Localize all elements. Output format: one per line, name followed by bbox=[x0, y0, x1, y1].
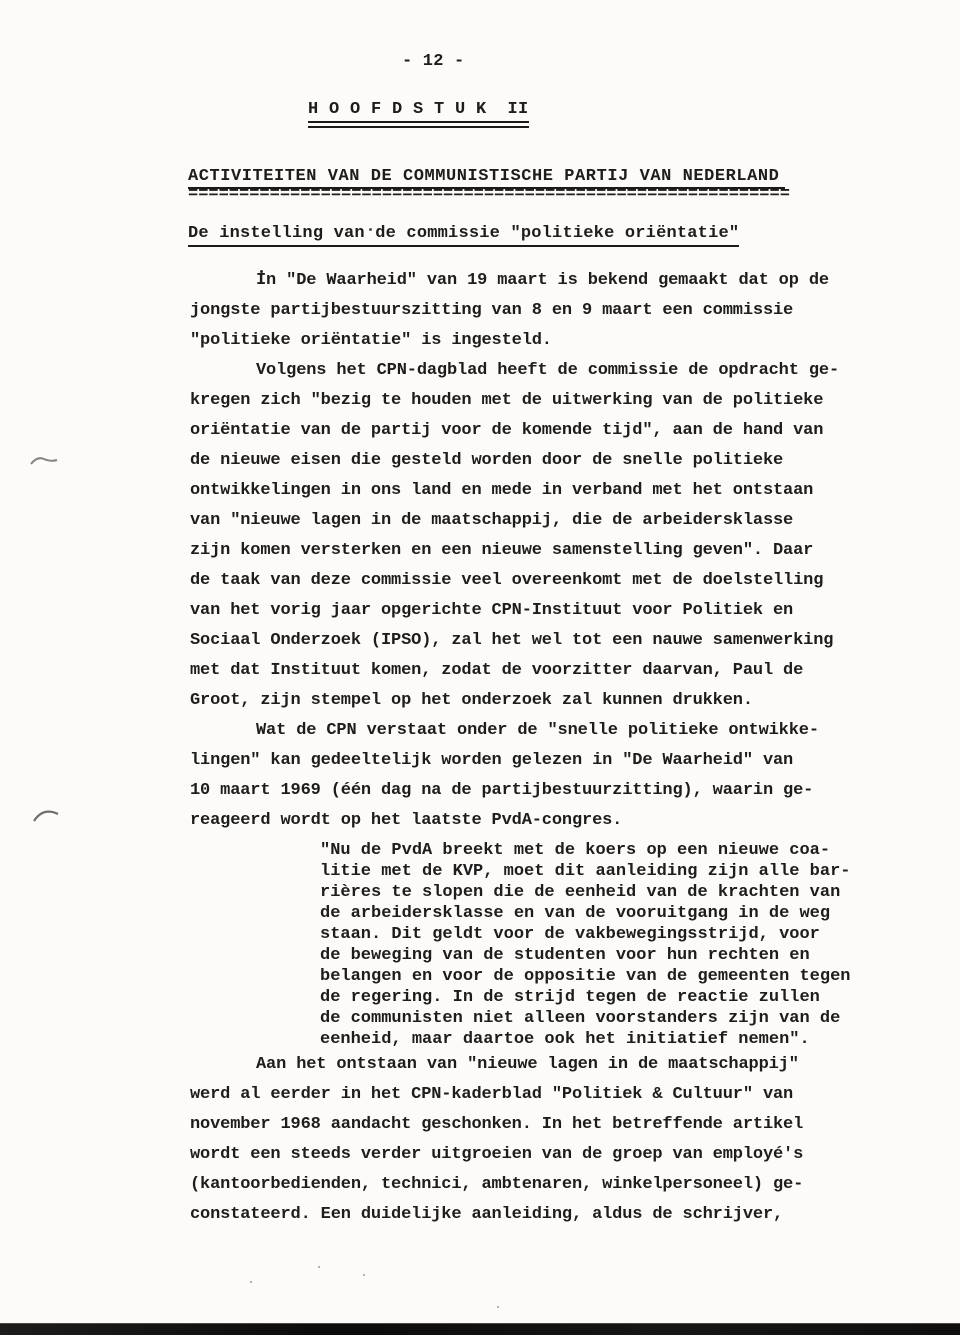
paragraph-waarheid-reaction: Wat de CPN verstaat onder de "snelle pol… bbox=[190, 716, 880, 836]
text-line: constateerd. Een duidelijke aanleiding, … bbox=[190, 1200, 880, 1230]
chapter-title-text: H O O F D S T U K II bbox=[308, 100, 529, 123]
stray-ink-dot bbox=[369, 228, 372, 231]
text-line: jongste partijbestuurszitting van 8 en 9… bbox=[190, 296, 880, 326]
body-text: In "De Waarheid" van 19 maart is bekend … bbox=[190, 266, 880, 1230]
scan-speck bbox=[497, 1306, 499, 1308]
section-underline-equals: ========================================… bbox=[188, 185, 790, 205]
subsection-title-text: De instelling van de commissie "politiek… bbox=[188, 224, 739, 247]
text-line: litie met de KVP, moet dit aanleiding zi… bbox=[320, 861, 880, 882]
text-line: rières te slopen die de eenheid van de k… bbox=[320, 882, 880, 903]
paragraph-commission-task: Volgens het CPN-dagblad heeft de commiss… bbox=[190, 356, 880, 716]
text-line: oriëntatie van de partij voor de komende… bbox=[190, 416, 880, 446]
text-line: In "De Waarheid" van 19 maart is bekend … bbox=[190, 266, 880, 296]
text-line: "politieke oriëntatie" is ingesteld. bbox=[190, 326, 880, 356]
text-line: staan. Dit geldt voor de vakbewegingsstr… bbox=[320, 924, 880, 945]
text-line: ontwikkelingen in ons land en mede in ve… bbox=[190, 476, 880, 506]
chapter-title: H O O F D S T U K II bbox=[308, 100, 529, 128]
text-line: wordt een steeds verder uitgroeien van d… bbox=[190, 1140, 880, 1170]
text-line: van "nieuwe lagen in de maatschappij, di… bbox=[190, 506, 880, 536]
text-line: Wat de CPN verstaat onder de "snelle pol… bbox=[190, 716, 880, 746]
text-line: Volgens het CPN-dagblad heeft de commiss… bbox=[190, 356, 880, 386]
text-line: Groot, zijn stempel op het onderzoek zal… bbox=[190, 686, 880, 716]
text-line: eenheid, maar daartoe ook het initiatief… bbox=[320, 1029, 880, 1050]
text-line: "Nu de PvdA breekt met de koers op een n… bbox=[320, 840, 880, 861]
text-line: de regering. In de strijd tegen de react… bbox=[320, 987, 880, 1008]
text-line: de arbeidersklasse en van de vooruitgang… bbox=[320, 903, 880, 924]
document-page: - 12 - H O O F D S T U K II ACTIVITEITEN… bbox=[0, 0, 960, 1335]
text-line: de taak van deze commissie veel overeenk… bbox=[190, 566, 880, 596]
text-line: november 1968 aandacht geschonken. In he… bbox=[190, 1110, 880, 1140]
text-line: belangen en voor de oppositie van de gem… bbox=[320, 966, 880, 987]
text-line: lingen" kan gedeeltelijk worden gelezen … bbox=[190, 746, 880, 776]
stray-ink-dot bbox=[260, 270, 263, 273]
text-line: de beweging van de studenten voor hun re… bbox=[320, 945, 880, 966]
text-line: Sociaal Onderzoek (IPSO), zal het wel to… bbox=[190, 626, 880, 656]
text-line: zijn komen versterken en een nieuwe same… bbox=[190, 536, 880, 566]
text-line: met dat Instituut komen, zodat de voorzi… bbox=[190, 656, 880, 686]
scan-speck bbox=[318, 1266, 320, 1268]
pencil-mark-icon bbox=[32, 804, 60, 824]
pencil-mark-icon bbox=[30, 453, 58, 469]
subsection-title: De instelling van de commissie "politiek… bbox=[188, 224, 739, 247]
text-line: werd al eerder in het CPN-kaderblad "Pol… bbox=[190, 1080, 880, 1110]
page-number: - 12 - bbox=[402, 52, 464, 71]
scan-speck bbox=[363, 1274, 365, 1276]
scan-edge-bar bbox=[0, 1323, 960, 1335]
text-line: de nieuwe eisen die gesteld worden door … bbox=[190, 446, 880, 476]
chapter-title-underline: H O O F D S T U K II bbox=[308, 100, 529, 128]
text-line: 10 maart 1969 (één dag na de partijbestu… bbox=[190, 776, 880, 806]
paragraph-closing: Aan het ontstaan van "nieuwe lagen in de… bbox=[190, 1050, 880, 1230]
text-line: reageerd wordt op het laatste PvdA-congr… bbox=[190, 806, 880, 836]
text-line: kregen zich "bezig te houden met de uitw… bbox=[190, 386, 880, 416]
quote-block: "Nu de PvdA breekt met de koers op een n… bbox=[320, 840, 880, 1050]
text-line: de communisten niet alleen voorstanders … bbox=[320, 1008, 880, 1029]
text-line: van het vorig jaar opgerichte CPN-Instit… bbox=[190, 596, 880, 626]
paragraph-intro: In "De Waarheid" van 19 maart is bekend … bbox=[190, 266, 880, 356]
text-line: (kantoorbedienden, technici, ambtenaren,… bbox=[190, 1170, 880, 1200]
text-line: Aan het ontstaan van "nieuwe lagen in de… bbox=[190, 1050, 880, 1080]
scan-speck bbox=[250, 1281, 252, 1283]
